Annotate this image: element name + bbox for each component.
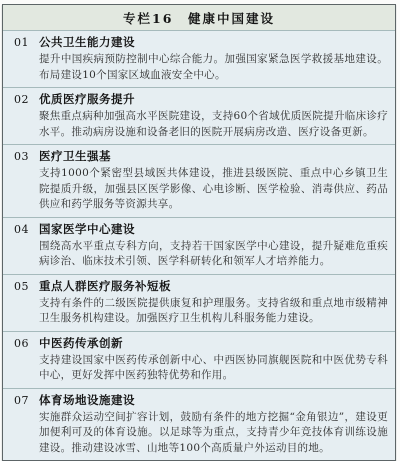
section-number: 02 [14,92,39,108]
section: 01 公共卫生能力建设 提升中国疾病预防控制中心综合能力。加强国家紧急医学救援基… [3,31,395,87]
section-body: 支持建设国家中医药传承创新中心、中西医协同旗舰医院和中医优势专科中心，更好发挥中… [39,353,388,384]
section-number: 05 [14,279,39,295]
column-box: 专栏16 健康中国建设 01 公共卫生能力建设 提升中国疾病预防控制中心综合能力… [2,4,396,461]
section: 06 中医药传承创新 支持建设国家中医药传承创新中心、中西医协同旗舰医院和中医优… [3,331,395,388]
section-heading: 中医药传承创新 [39,335,123,351]
section-heading: 国家医学中心建设 [39,221,135,237]
section-header: 02 优质医疗服务提升 [14,91,388,108]
section-body: 支持有条件的二级医院提供康复和护理服务。支持省级和重点地市级精神卫生服务机构建设… [39,296,388,327]
section: 02 优质医疗服务提升 聚焦重点病种加强高水平医院建设，支持60个省域优质医院提… [3,87,395,144]
section-body: 提升中国疾病预防控制中心综合能力。加强国家紧急医学救援基地建设。布局建设10个国… [39,52,388,83]
section-body: 支持1000个紧密型县域医共体建设，推进县级医院、重点中心乡镇卫生院提质升级，加… [39,166,388,213]
section: 05 重点人群医疗服务补短板 支持有条件的二级医院提供康复和护理服务。支持省级和… [3,274,395,331]
section-body: 围绕高水平重点专科方向，支持若干国家医学中心建设，提升疑难危重疾病诊治、临床技术… [39,239,388,270]
section: 04 国家医学中心建设 围绕高水平重点专科方向，支持若干国家医学中心建设，提升疑… [3,217,395,274]
section: 03 医疗卫生强基 支持1000个紧密型县域医共体建设，推进县级医院、重点中心乡… [3,144,395,217]
section-body: 聚焦重点病种加强高水平医院建设，支持60个省域优质医院提升临床诊疗水平。推动病房… [39,109,388,140]
section-heading: 体育场地设施建设 [39,392,135,408]
section-header: 04 国家医学中心建设 [14,221,388,238]
section-heading: 公共卫生能力建设 [39,34,135,50]
section-number: 03 [14,149,39,165]
section-header: 07 体育场地设施建设 [14,392,388,409]
section-number: 06 [14,336,39,352]
section-header: 06 中医药传承创新 [14,335,388,352]
sections: 01 公共卫生能力建设 提升中国疾病预防控制中心综合能力。加强国家紧急医学救援基… [3,31,395,460]
section-number: 07 [14,393,39,409]
section-heading: 医疗卫生强基 [39,148,111,164]
box-title: 专栏16 健康中国建设 [3,5,395,31]
section-number: 04 [14,222,39,238]
section-number: 01 [14,35,39,51]
section-header: 01 公共卫生能力建设 [14,34,388,51]
section-heading: 重点人群医疗服务补短板 [39,278,171,294]
section-header: 03 医疗卫生强基 [14,148,388,165]
section-header: 05 重点人群医疗服务补短板 [14,278,388,295]
section: 07 体育场地设施建设 实施群众运动空间扩容计划，鼓励有条件的地方挖掘“金角银边… [3,388,395,461]
section-body: 实施群众运动空间扩容计划，鼓励有条件的地方挖掘“金角银边”，建设更加便利可及的体… [39,410,388,457]
section-heading: 优质医疗服务提升 [39,91,135,107]
